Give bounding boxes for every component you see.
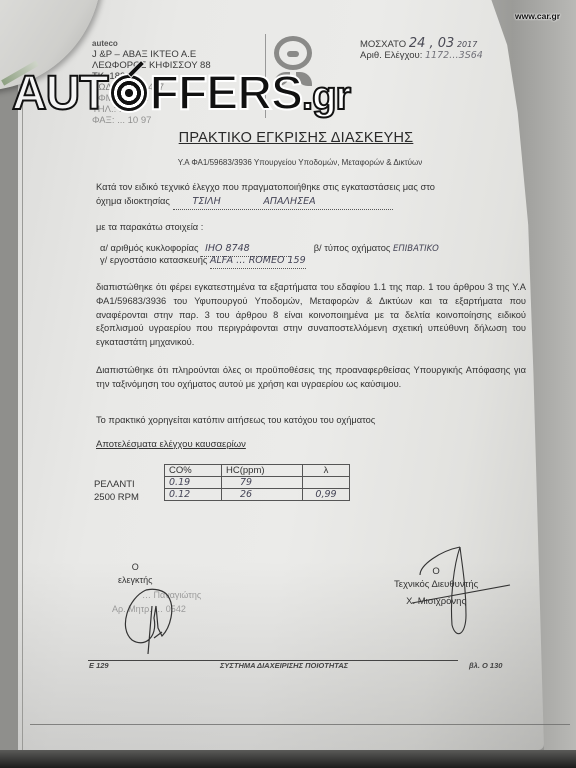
watermark-suffix: FFERS [150,67,302,120]
table-row: 0.19 79 [165,477,350,489]
row-label: ΡΕΛΑΝΤΙ [94,478,139,491]
type-value: ΕΠΙΒΑΤΙΚΟ [393,244,439,254]
steering-wheel-icon [274,36,312,70]
document-subtitle: Υ.Α ΦΑ1/59683/3936 Υπουργείου Υποδομών, … [0,158,576,167]
document-title: ΠΡΑΚΤΙΚΟ ΕΓΚΡΙΣΗΣ ΔΙΑΣΚΕΥΗΣ [0,130,576,146]
vehicle-details: α/ αριθμός κυκλοφορίας ΙΗΟ 8748 β/ τύπος… [96,242,526,269]
column-header: CO% [165,465,222,477]
check-number-label: Αριθ. Ελέγχου: [360,50,422,61]
footer-left: Ε 129 [89,661,109,670]
column-header: λ [303,465,350,477]
paper-fold-line [30,724,570,725]
lambda-value [303,477,350,489]
lambda-value: 0,99 [303,489,350,501]
inspector-role: ελεγκτής [118,575,152,585]
plate-value: ΙΗΟ 8748 [205,243,250,254]
emissions-table: CO% HC(ppm) λ 0.19 79 0.12 26 0,99 [164,464,350,501]
target-icon [109,73,149,113]
owner-label: όχημα ιδιοκτησίας [96,196,170,206]
inspector-article: Ο [118,562,152,572]
inspector-signature-icon [118,588,198,658]
director-signature-icon [400,545,510,640]
maker-label: γ/ εργοστάσιο κατασκευής [100,255,207,265]
company-brand: auteco [92,38,211,49]
date-day-month: 24 , 03 [409,36,454,51]
owner-value-second: ΑΠΑΛΗΣΕΑ [263,196,315,207]
inspector-signature-block: Ο ελεγκτής [118,562,152,585]
emissions-row-labels: ΡΕΛΑΝΤΙ 2500 RPM [94,478,139,504]
row-label: 2500 RPM [94,491,139,504]
paragraph-compliance: Διαπιστώθηκε ότι πληρούνται όλες οι προϋ… [96,364,526,392]
check-number-value: 1172…3S64 [425,50,483,61]
paragraph-issued: Το πρακτικό χορηγείται κατόπιν αιτήσεως … [96,414,526,428]
maker-value: ALFA … ROMEO 159 [210,255,306,266]
owner-value-first: ΤΣΙΛΗ [193,196,221,207]
footer-right: βλ. Ο 130 [469,661,502,670]
type-label: β/ τύπος οχήματος [314,243,391,253]
date-year: 2017 [457,40,477,49]
autoffers-watermark: AUTFFERS.gr [12,70,350,118]
column-header: HC(ppm) [222,465,303,477]
paragraph-installation: διαπιστώθηκε ότι φέρει εγκατεστημένα τα … [96,281,526,350]
details-label: με τα παρακάτω στοιχεία : [96,221,526,235]
site-watermark: www.car.gr [515,11,560,21]
table-header-row: CO% HC(ppm) λ [165,465,350,477]
plate-label: α/ αριθμός κυκλοφορίας [100,243,199,253]
watermark-prefix: AUT [12,67,108,120]
location-label: ΜΟΣΧΑΤΟ [360,39,406,50]
emissions-title: Αποτελέσματα ελέγχου καυσαερίων [96,439,246,450]
document-title-text: ΠΡΑΚΤΙΚΟ ΕΓΚΡΙΣΗΣ ΔΙΑΣΚΕΥΗΣ [179,130,414,146]
hc-value: 26 [222,489,303,501]
intro-line: Κατά τον ειδικό τεχνικό έλεγχο που πραγμ… [96,181,526,195]
hc-value: 79 [222,477,303,489]
document-subtitle-text: Υ.Α ΦΑ1/59683/3936 Υπουργείου Υποδομών, … [178,158,423,167]
footer-center: ΣΥΣΤΗΜΑ ΔΙΑΧΕΙΡΙΣΗΣ ΠΟΙΟΤΗΤΑΣ [220,661,348,670]
background-bottom-shadow [0,750,576,768]
co-value: 0.19 [165,477,222,489]
intro-paragraph: Κατά τον ειδικό τεχνικό έλεγχο που πραγμ… [96,181,526,210]
co-value: 0.12 [165,489,222,501]
date-block: ΜΟΣΧΑΤΟ 24 , 03 2017 Αριθ. Ελέγχου: 1172… [360,38,483,61]
table-row: 0.12 26 0,99 [165,489,350,501]
watermark-tld: .gr [302,74,350,118]
company-line: J &P – ΑΒΑΞ ΙΚΤΕΟ Α.Ε [92,49,211,60]
